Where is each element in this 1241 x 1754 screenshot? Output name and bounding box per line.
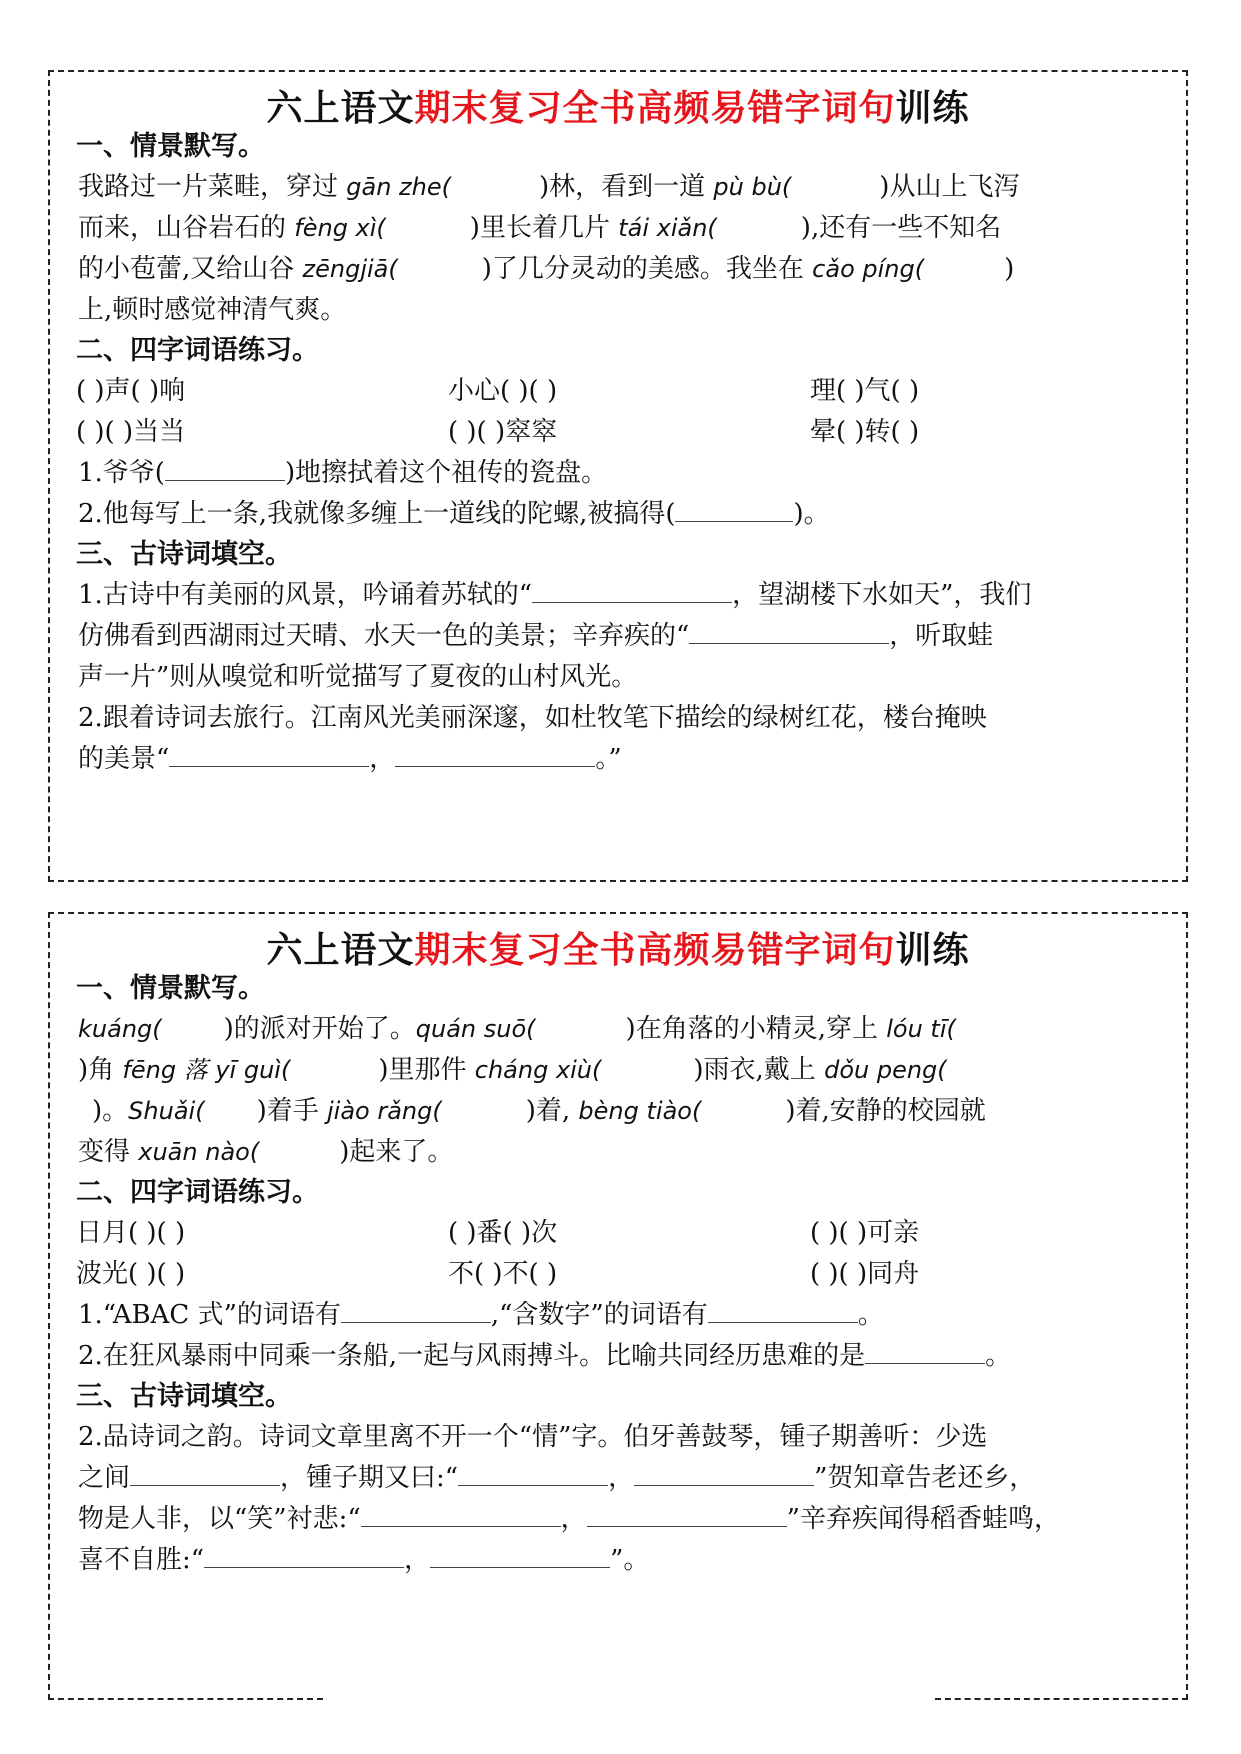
title-highlight: 期末复习全书高频易错字词句 — [414, 930, 895, 971]
answer-blank[interactable] — [165, 456, 285, 481]
worksheet-card-1: 六上语文期末复习全书高频易错字词句训练 一、情景默写。 我路过一片菜畦，穿过 g… — [48, 70, 1188, 882]
card-border-segment — [48, 1698, 323, 1700]
poem-line: 声一片”则从嗅觉和听觉描写了夏夜的山村风光。 — [78, 660, 1166, 694]
card-border-segment — [935, 1698, 1188, 1700]
poem-line: 的美景“，。” — [78, 742, 1166, 776]
answer-blank[interactable] — [587, 1502, 787, 1527]
answer-blank[interactable] — [169, 742, 369, 767]
answer-blank[interactable] — [430, 1543, 610, 1568]
answer-blank[interactable] — [204, 1543, 404, 1568]
paragraph-line: kuáng()的派对开始了。quán suō()在角落的小精灵,穿上 lóu t… — [78, 1012, 1166, 1046]
idiom-blank[interactable]: 日月( )( ) — [76, 1216, 185, 1250]
title-suffix: 训练 — [896, 930, 970, 971]
answer-blank[interactable] — [532, 578, 732, 603]
idiom-blank[interactable]: 理( )气( ) — [810, 374, 919, 408]
paragraph-line: )。Shuǎi()着手 jiào rǎng()着, bèng tiào()着,安… — [78, 1094, 1166, 1128]
answer-blank[interactable] — [708, 1298, 858, 1323]
question-1: 1.爷爷()地擦拭着这个祖传的瓷盘。 — [78, 456, 1166, 490]
idiom-blank[interactable]: ( )( )可亲 — [810, 1216, 919, 1250]
section-heading-2: 二、四字词语练习。 — [76, 1176, 319, 1210]
worksheet-title: 六上语文期末复习全书高频易错字词句训练 — [50, 80, 1186, 131]
idiom-blank[interactable]: ( )( )窣窣 — [448, 415, 557, 449]
answer-blank[interactable] — [634, 1461, 814, 1486]
title-suffix: 训练 — [896, 88, 970, 129]
idiom-blank[interactable]: ( )( )同舟 — [810, 1257, 919, 1291]
title-prefix: 六上语文 — [266, 930, 414, 971]
idiom-blank[interactable]: ( )番( )次 — [448, 1216, 557, 1250]
section-heading-1: 一、情景默写。 — [76, 130, 265, 164]
answer-blank[interactable] — [458, 1461, 608, 1486]
paragraph-line: 的小苞蕾,又给山谷 zēngjiā()了几分灵动的美感。我坐在 cǎo píng… — [78, 252, 1166, 286]
poem-line: 喜不自胜:“，”。 — [78, 1543, 1166, 1577]
paragraph-line: 上,顿时感觉神清气爽。 — [78, 293, 1166, 327]
idiom-blank[interactable]: ( )声( )响 — [76, 374, 185, 408]
idiom-blank[interactable]: 晕( )转( ) — [810, 415, 919, 449]
poem-line: 2.跟着诗词去旅行。江南风光美丽深邃，如杜牧笔下描绘的绿树红花，楼台掩映 — [78, 701, 1166, 735]
idiom-blank[interactable]: ( )( )当当 — [76, 415, 185, 449]
paragraph-line: 而来，山谷岩石的 fèng xì()里长着几片 tái xiǎn(),还有一些不… — [78, 211, 1166, 245]
section-heading-2: 二、四字词语练习。 — [76, 334, 319, 368]
answer-blank[interactable] — [341, 1298, 491, 1323]
question-2: 2.他每写上一条,我就像多缠上一道线的陀螺,被搞得()。 — [78, 497, 1166, 531]
poem-line: 1.古诗中有美丽的风景，吟诵着苏轼的“，望湖楼下水如天”，我们 — [78, 578, 1166, 612]
idiom-blank[interactable]: 小心( )( ) — [448, 374, 557, 408]
poem-line: 2.品诗词之韵。诗词文章里离不开一个“情”字。伯牙善鼓琴，锺子期善听：少选 — [78, 1420, 1166, 1454]
title-prefix: 六上语文 — [266, 88, 414, 129]
idiom-blank[interactable]: 波光( )( ) — [76, 1257, 185, 1291]
answer-blank[interactable] — [865, 1339, 985, 1364]
section-heading-3: 三、古诗词填空。 — [76, 538, 292, 572]
title-highlight: 期末复习全书高频易错字词句 — [414, 88, 895, 129]
answer-blank[interactable] — [689, 619, 889, 644]
section-heading-3: 三、古诗词填空。 — [76, 1380, 292, 1414]
idiom-blank[interactable]: 不( )不( ) — [448, 1257, 557, 1291]
paragraph-line: 我路过一片菜畦，穿过 gān zhe()林，看到一道 pù bù()从山上飞泻 — [78, 170, 1166, 204]
poem-line: 物是人非，以“笑”衬悲:“，”辛弃疾闻得稻香蛙鸣， — [78, 1502, 1166, 1536]
section-heading-1: 一、情景默写。 — [76, 972, 265, 1006]
poem-line: 之间，锺子期又曰:“，”贺知章告老还乡， — [78, 1461, 1166, 1495]
paragraph-line: )角 fēng 落 yī guì()里那件 cháng xiù()雨衣,戴上 d… — [78, 1053, 1166, 1087]
worksheet-card-2: 六上语文期末复习全书高频易错字词句训练 一、情景默写。 kuáng()的派对开始… — [48, 912, 1188, 1700]
question-1: 1.“ABAC 式”的词语有,“含数字”的词语有。 — [78, 1298, 1166, 1332]
answer-blank[interactable] — [395, 742, 595, 767]
answer-blank[interactable] — [675, 497, 793, 522]
answer-blank[interactable] — [130, 1461, 280, 1486]
answer-blank[interactable] — [361, 1502, 561, 1527]
poem-line: 仿佛看到西湖雨过天晴、水天一色的美景；辛弃疾的“，听取蛙 — [78, 619, 1166, 653]
paragraph-line: 变得 xuān nào()起来了。 — [78, 1135, 1166, 1169]
worksheet-title: 六上语文期末复习全书高频易错字词句训练 — [50, 922, 1186, 973]
question-2: 2.在狂风暴雨中同乘一条船,一起与风雨搏斗。比喻共同经历患难的是。 — [78, 1339, 1166, 1373]
